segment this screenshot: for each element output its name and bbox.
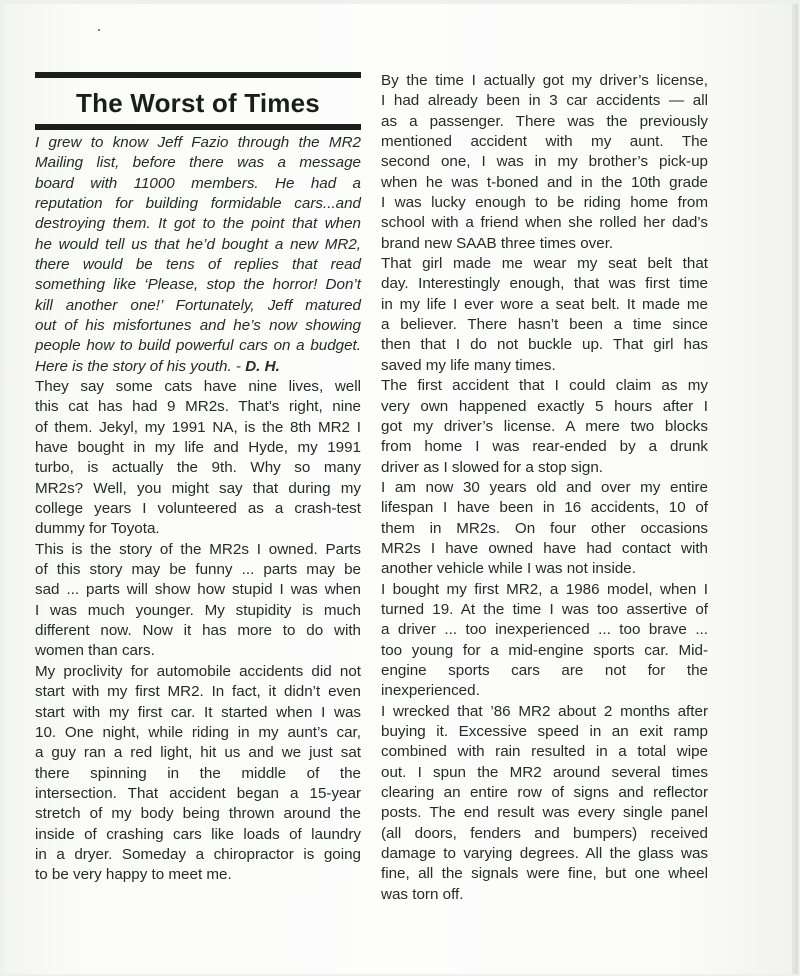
body-line: then that I do not buckle up. That girl …: [381, 335, 708, 355]
body-line: MR2s I have owned have had contact with: [381, 539, 708, 559]
body-line: different now. Now it has more to do wit…: [35, 621, 361, 641]
body-line: start with my first car. It started when…: [35, 703, 361, 723]
body-line: mentioned accident with my aunt. The: [381, 132, 708, 152]
body-line: turbo, is actually the 9th. Why so many: [35, 458, 361, 478]
body-line: too young for a mid-engine sports car. M…: [381, 641, 708, 661]
intro-line: something like ‘Please, stop the horror!…: [35, 275, 361, 295]
body-line: from home I was rear-ended by a drunk: [381, 437, 708, 457]
body-line: them in MR2s. On four other occasions: [381, 519, 708, 539]
right-column-body: By the time I actually got my driver’s l…: [381, 71, 708, 905]
body-line: start with my first MR2. In fact, it did…: [35, 682, 361, 702]
body-line: damage to varying degrees. All the glass…: [381, 844, 708, 864]
intro-line: Mailing list, before there was a message: [35, 153, 361, 173]
body-line: have bought in my life and Hyde, my 1991: [35, 438, 361, 458]
scanned-page: The Worst of Times I grew to know Jeff F…: [4, 4, 798, 974]
intro-line: people how to build powerful cars on a b…: [35, 336, 361, 356]
body-line: was torn off.: [381, 885, 708, 905]
body-line: when he was t-boned and in the 10th grad…: [381, 173, 708, 193]
left-column-body: They say some cats have nine lives, well…: [35, 377, 361, 886]
body-line: brand new SAAB three times over.: [381, 234, 708, 254]
body-line: This is the story of the MR2s I owned. P…: [35, 540, 361, 560]
body-line: sad ... parts will show how stupid I was…: [35, 580, 361, 600]
page-edge: [792, 4, 798, 974]
body-line: college years I volunteered as a crash-t…: [35, 499, 361, 519]
body-line: of them. Jekyl, my 1991 NA, is the 8th M…: [35, 418, 361, 438]
intro-line: he would tell us that he’d bought a new …: [35, 235, 361, 255]
body-line: I am now 30 years old and over my entire: [381, 478, 708, 498]
body-line: a guy ran a red light, hit us and we jus…: [35, 743, 361, 763]
body-line: engine sports cars are not for the: [381, 661, 708, 681]
body-line: to be very happy to meet me.: [35, 865, 361, 885]
body-line: as a passenger. There was the previously: [381, 112, 708, 132]
body-line: inside of crashing cars like loads of la…: [35, 825, 361, 845]
body-line: combined with rain resulted in a total w…: [381, 742, 708, 762]
intro-line: kill another one!’ Fortunately, Jeff mat…: [35, 296, 361, 316]
body-line: That girl made me wear my seat belt that: [381, 254, 708, 274]
body-line: in my life I ever wore a seat belt. It m…: [381, 295, 708, 315]
body-line: stretch of my body being thrown around t…: [35, 804, 361, 824]
body-line: I was lucky enough to be riding home fro…: [381, 193, 708, 213]
body-line: this cat has had 9 MR2s. That’s right, n…: [35, 397, 361, 417]
body-line: there spinning in the middle of the: [35, 764, 361, 784]
body-line: out. I spun the MR2 around several times: [381, 763, 708, 783]
body-line: (all doors, fenders and bumpers) receive…: [381, 824, 708, 844]
intro-line-text: Here is the story of his youth. -: [35, 358, 245, 375]
title-rule-top: [35, 72, 361, 78]
title-rule-bottom: [35, 124, 361, 130]
body-line: 10. One night, while riding in my aunt’s…: [35, 723, 361, 743]
body-line: MR2s? Well, you might say that during my: [35, 479, 361, 499]
intro-line: out of his misfortunes and he’s now show…: [35, 316, 361, 336]
body-line: posts. The end result was every single p…: [381, 803, 708, 823]
body-line: turned 19. At the time I was too asserti…: [381, 600, 708, 620]
body-line: second one, I was in my brother’s pick-u…: [381, 152, 708, 172]
intro-last-line: Here is the story of his youth. - D. H.: [35, 357, 361, 377]
body-line: in a dryer. Someday a chiropractor is go…: [35, 845, 361, 865]
body-line: intersection. That accident began a 15-y…: [35, 784, 361, 804]
intro-line: I grew to know Jeff Fazio through the MR…: [35, 133, 361, 153]
body-line: school with a friend when she rolled her…: [381, 213, 708, 233]
body-line: another vehicle while I was not inside.: [381, 559, 708, 579]
body-line: day. Interestingly enough, that was firs…: [381, 274, 708, 294]
editor-signature: D. H.: [245, 358, 280, 375]
body-line: saved my life many times.: [381, 356, 708, 376]
intro-line: there would be tens of replies that read: [35, 255, 361, 275]
body-line: a driver ... too inexperienced ... too b…: [381, 620, 708, 640]
scan-speck: [98, 29, 100, 31]
intro-paragraph: I grew to know Jeff Fazio through the MR…: [35, 133, 361, 377]
body-line: driver as I slowed for a stop sign.: [381, 458, 708, 478]
body-line: a believer. There hasn’t been a time sin…: [381, 315, 708, 335]
body-line: dummy for Toyota.: [35, 519, 361, 539]
body-line: clearing an entire row of signs and refl…: [381, 783, 708, 803]
body-line: lifespan I have been in 16 accidents, 10…: [381, 498, 708, 518]
body-line: I had already been in 3 car accidents — …: [381, 91, 708, 111]
body-line: buying it. Excessive speed in an exit ra…: [381, 722, 708, 742]
body-line: I bought my first MR2, a 1986 model, whe…: [381, 580, 708, 600]
body-line: women than cars.: [35, 641, 361, 661]
body-line: I wrecked that ’86 MR2 about 2 months af…: [381, 702, 708, 722]
body-line: of this story may be funny ... parts may…: [35, 560, 361, 580]
intro-line: reputation for building formidable cars.…: [35, 194, 361, 214]
body-line: My proclivity for automobile accidents d…: [35, 662, 361, 682]
intro-line: board with 11000 members. He had a: [35, 174, 361, 194]
body-line: got my driver’s license. A mere two bloc…: [381, 417, 708, 437]
body-line: I was much younger. My stupidity is much: [35, 601, 361, 621]
intro-line: destroying them. It got to the point tha…: [35, 214, 361, 234]
body-line: The first accident that I could claim as…: [381, 376, 708, 396]
body-line: inexperienced.: [381, 681, 708, 701]
article-title: The Worst of Times: [35, 87, 361, 119]
body-line: They say some cats have nine lives, well: [35, 377, 361, 397]
body-line: By the time I actually got my driver’s l…: [381, 71, 708, 91]
body-line: fine, all the signals were fine, but one…: [381, 864, 708, 884]
body-line: very own happened exactly 5 hours after …: [381, 397, 708, 417]
